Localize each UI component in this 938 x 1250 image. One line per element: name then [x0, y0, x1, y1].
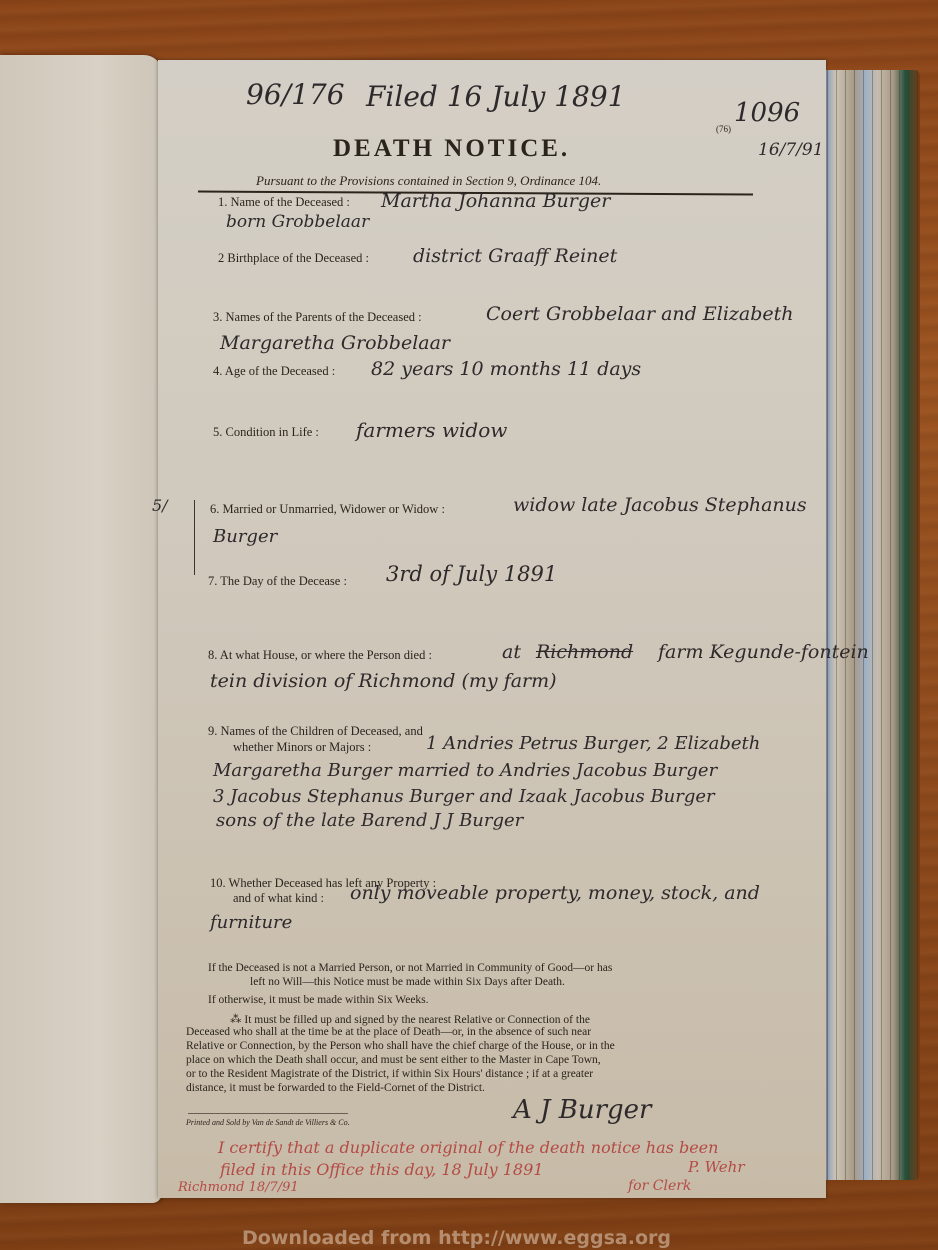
document-title: DEATH NOTICE.: [333, 135, 570, 163]
field-6-value-line2: Burger: [213, 526, 277, 547]
document-subtitle: Pursuant to the Provisions contained in …: [256, 173, 601, 189]
field-9-label-line2: whether Minors or Majors :: [233, 740, 371, 755]
certification-role: for Clerk: [628, 1178, 691, 1194]
signature: A J Burger: [513, 1095, 651, 1125]
field-6-label: 6. Married or Unmarried, Widower or Wido…: [210, 502, 445, 517]
source-watermark: Downloaded from http://www.eggsa.org: [242, 1227, 671, 1249]
field-5-label: 5. Condition in Life :: [213, 425, 319, 440]
instruction-line-1: If the Deceased is not a Married Person,…: [208, 962, 612, 974]
left-blank-page: [0, 55, 162, 1203]
field-8-value-struck: Richmond: [536, 641, 633, 663]
field-10-value: only moveable property, money, stock, an…: [350, 882, 760, 904]
certification-signed: P. Wehr: [688, 1158, 745, 1176]
field-4-value: 82 years 10 months 11 days: [371, 358, 641, 380]
field-9-value-line2: Margaretha Burger married to Andries Jac…: [213, 760, 717, 781]
certification-line-1: I certify that a duplicate original of t…: [218, 1138, 718, 1157]
field-10-value-line2: furniture: [210, 912, 292, 933]
ref-number: 96/176: [246, 78, 345, 111]
margin-bracket: [194, 500, 195, 575]
field-10-label-line2: and of what kind :: [233, 891, 324, 906]
register-number: 1096: [734, 98, 800, 128]
field-9-value-line4: sons of the late Barend J J Burger: [216, 810, 523, 831]
field-8-value-farm: farm Kegunde-fontein: [658, 641, 869, 663]
field-7-value: 3rd of July 1891: [386, 562, 557, 586]
field-3-label: 3. Names of the Parents of the Deceased …: [213, 310, 422, 325]
field-1-value: Martha Johanna Burger: [381, 190, 610, 212]
instruction-para-5: or to the Resident Magistrate of the Dis…: [186, 1068, 593, 1080]
field-5-value: farmers widow: [356, 418, 507, 442]
field-8-value-at: at: [502, 641, 521, 663]
register-date: 16/7/91: [758, 140, 824, 160]
instruction-para-1: ⁂ It must be filled up and signed by the…: [230, 1012, 590, 1026]
field-3-value: Coert Grobbelaar and Elizabeth: [486, 303, 794, 325]
signature-divider: [188, 1113, 348, 1114]
field-1-label: 1. Name of the Deceased :: [218, 195, 350, 210]
filed-annotation: Filed 16 July 1891: [366, 80, 625, 113]
printed-number: (76): [716, 124, 731, 134]
field-4-label: 4. Age of the Deceased :: [213, 364, 335, 379]
certification-margin: Richmond 18/7/91: [178, 1180, 299, 1195]
instruction-para-4: place on which the Death shall occur, an…: [186, 1054, 601, 1066]
field-9-value: 1 Andries Petrus Burger, 2 Elizabeth: [426, 733, 760, 754]
field-6-value: widow late Jacobus Stephanus: [513, 494, 807, 516]
field-9-value-line3: 3 Jacobus Stephanus Burger and Izaak Jac…: [213, 786, 715, 807]
certification-line-2: filed in this Office this day, 18 July 1…: [220, 1160, 543, 1179]
field-2-value: district Graaff Reinet: [413, 245, 617, 267]
instruction-para-2: Deceased who shall at the time be at the…: [186, 1026, 591, 1038]
field-9-label: 9. Names of the Children of Deceased, an…: [208, 724, 423, 739]
instruction-para-3: Relative or Connection, by the Person wh…: [186, 1040, 615, 1052]
printer-imprint: Printed and Sold by Van de Sandt de Vill…: [186, 1118, 350, 1127]
field-8-label: 8. At what House, or where the Person di…: [208, 648, 432, 663]
margin-mark: 5/: [152, 496, 168, 515]
field-8-value-line2: tein division of Richmond (my farm): [210, 670, 557, 692]
field-2-label: 2 Birthplace of the Deceased :: [218, 251, 369, 266]
death-notice-page: 96/176 Filed 16 July 1891 (76) 1096 16/7…: [158, 60, 826, 1198]
instruction-para-6: distance, it must be forwarded to the Fi…: [186, 1082, 485, 1094]
field-7-label: 7. The Day of the Decease :: [208, 574, 347, 589]
instruction-line-3: If otherwise, it must be made within Six…: [208, 994, 429, 1006]
field-3-value-line2: Margaretha Grobbelaar: [220, 332, 450, 354]
instruction-line-2: left no Will—this Notice must be made wi…: [250, 976, 565, 988]
field-1-value-line2: born Grobbelaar: [226, 212, 369, 232]
